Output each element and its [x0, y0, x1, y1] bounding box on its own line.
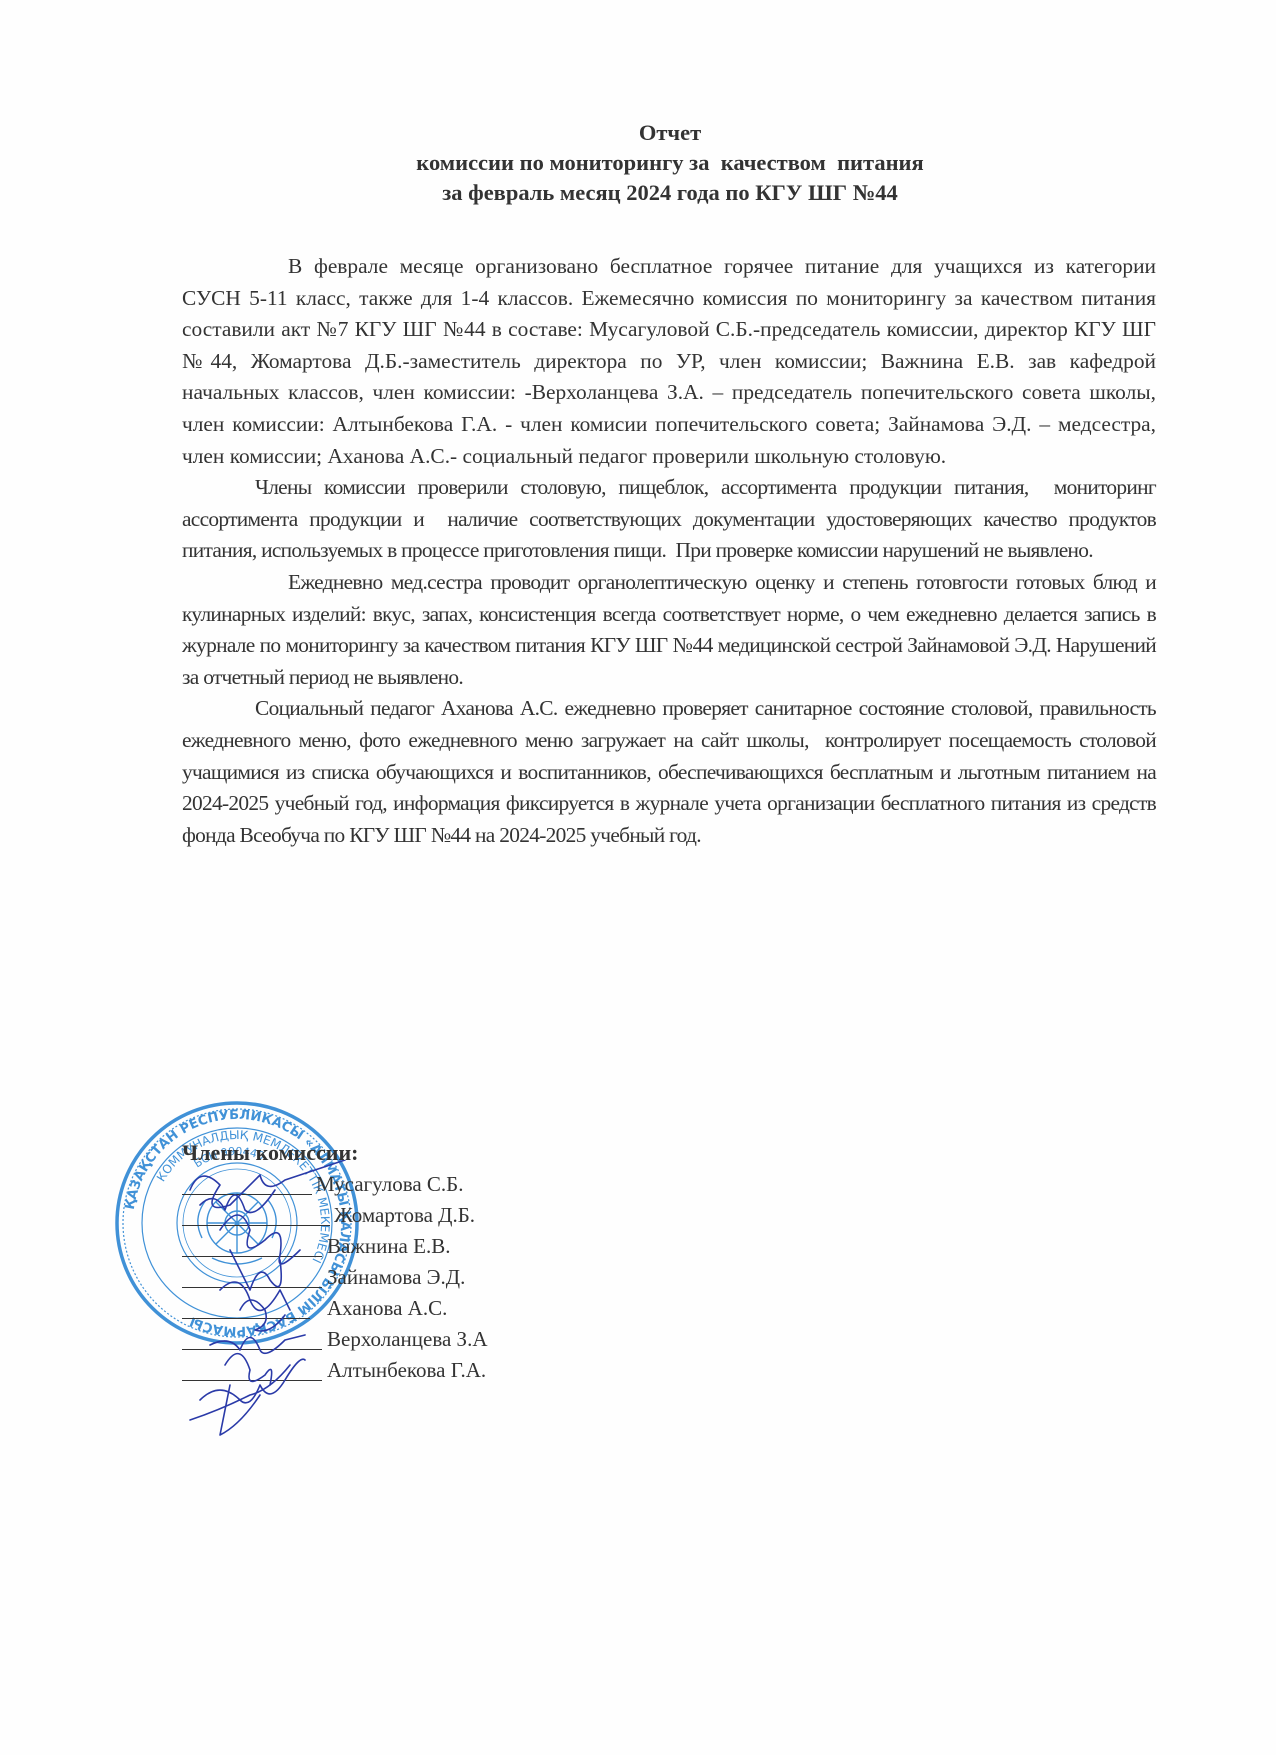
paragraph-nurse: Ежедневно мед.сестра проводит органолепт… [182, 567, 1156, 693]
title-line-report: Отчет [300, 118, 1040, 148]
paragraph-inspection: Члены комиссии проверили столовую, пищеб… [182, 472, 1156, 567]
paragraph-social-pedagogue: Социальный педагог Аханова А.С. ежедневн… [182, 693, 1156, 851]
document-body: В феврале месяце организовано бесплатное… [182, 251, 1156, 851]
title-line-commission: комиссии по мониторингу за качеством пит… [300, 148, 1040, 178]
title-line-period: за февраль месяц 2024 года по КГУ ШГ №44 [300, 178, 1040, 208]
document-page: Отчет комиссии по мониторингу за качеств… [0, 0, 1276, 1755]
paragraph-intro: В феврале месяце организовано бесплатное… [182, 251, 1156, 472]
document-title: Отчет комиссии по мониторингу за качеств… [300, 118, 1040, 208]
handwritten-signatures-icon [170, 1160, 360, 1450]
